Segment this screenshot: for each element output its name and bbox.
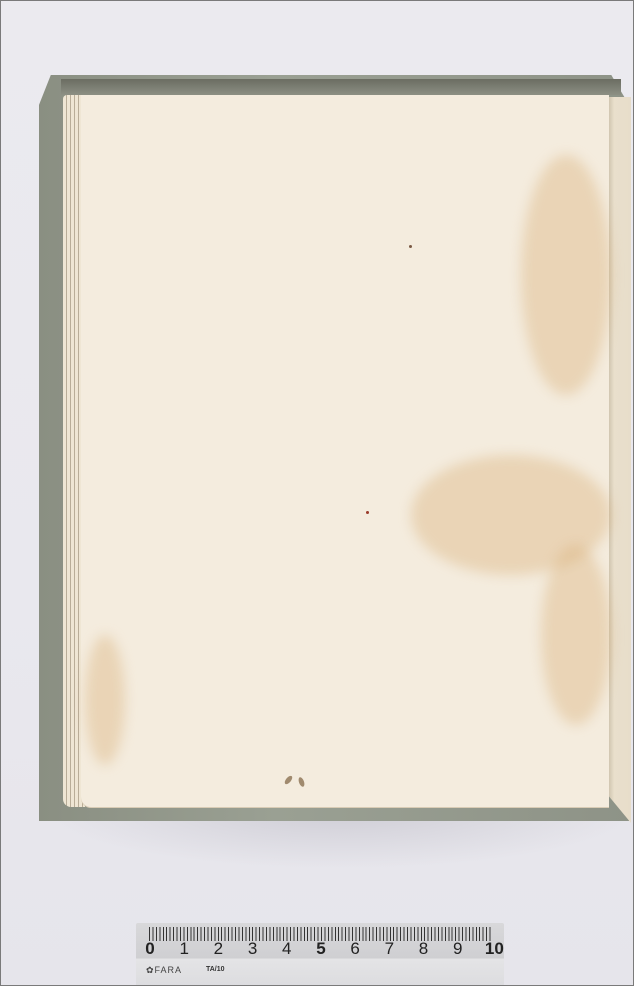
ruler-brand: ✿FARA — [146, 965, 182, 976]
dirt-spot — [409, 245, 412, 248]
water-stain-right-lower — [541, 545, 611, 725]
ruler-number: 3 — [246, 939, 260, 959]
ruler-number: 9 — [451, 939, 465, 959]
blank-page — [81, 95, 609, 807]
ruler-number: 5 — [314, 939, 328, 959]
ruler-number: 8 — [417, 939, 431, 959]
water-stain-left-lower — [85, 635, 125, 765]
debris-left — [283, 775, 293, 786]
ruler-number: 10 — [485, 939, 499, 959]
ruler-number: 6 — [348, 939, 362, 959]
ruler-number: 2 — [211, 939, 225, 959]
ruler-model: TA/10 — [206, 966, 225, 973]
ruler-number: 1 — [177, 939, 191, 959]
ruler-numbers: 0 1 2 3 4 5 6 7 8 9 10 — [143, 939, 499, 959]
ink-spot — [366, 511, 369, 514]
facing-page-edge — [607, 97, 631, 823]
water-stain-right-upper — [521, 155, 611, 395]
debris-right — [297, 776, 305, 787]
measuring-ruler: 0 1 2 3 4 5 6 7 8 9 10 ✿FARA TA/10 — [136, 923, 504, 986]
ruler-number: 4 — [280, 939, 294, 959]
ruler-number: 0 — [143, 939, 157, 959]
ruler-number: 7 — [382, 939, 396, 959]
cover-top-edge — [61, 79, 621, 95]
photo-frame: 0 1 2 3 4 5 6 7 8 9 10 ✿FARA TA/10 — [0, 0, 634, 986]
